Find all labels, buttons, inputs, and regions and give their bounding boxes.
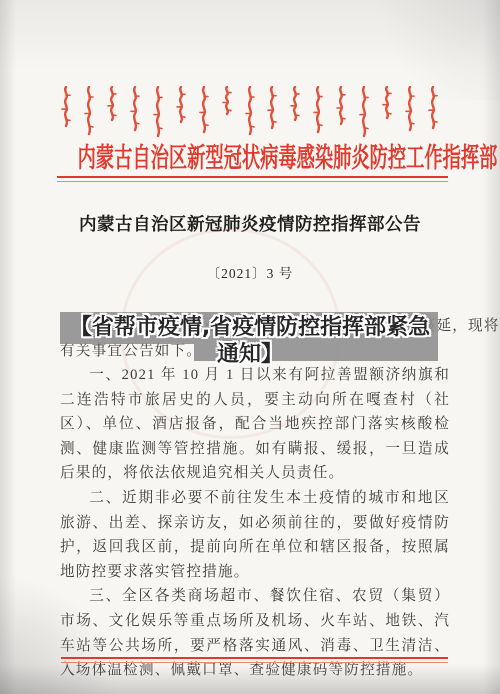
mongolian-glyph-icon [358, 86, 371, 138]
mongolian-glyph-icon [221, 86, 234, 116]
mongolian-script-row [60, 86, 440, 138]
paragraph-2: 二、近期非必要不前往发生本土疫情的城市和地区旅游、出差、探亲访友，如必须前往的，… [60, 486, 450, 584]
scanned-notice-photo: 内蒙古自治区新型冠状病毒感染肺炎防控工作指挥部 内蒙古自治区新冠肺炎疫情防控指挥… [0, 0, 500, 694]
caption-line-1: 【省帮市疫情,省疫情防控指挥部紧急 [50, 312, 450, 343]
letterhead: 内蒙古自治区新型冠状病毒感染肺炎防控工作指挥部 [0, 137, 500, 173]
mongolian-glyph-icon [427, 86, 440, 130]
scan-shadow-left [0, 0, 16, 694]
mongolian-glyph-icon [106, 86, 119, 122]
mongolian-glyph-icon [404, 86, 417, 132]
mongolian-glyph-icon [83, 86, 96, 136]
mongolian-glyph-icon [152, 86, 165, 138]
mongolian-glyph-icon [60, 86, 73, 128]
caption-line-2: 通知】 [50, 343, 450, 367]
footer-divider [61, 657, 448, 663]
paragraph-3: 三、全区各类商场超市、餐饮住宿、农贸（集贸）市场、文化娱乐等重点场所及机场、火车… [60, 584, 450, 682]
letterhead-divider [57, 176, 448, 182]
scan-shadow-right [482, 0, 500, 694]
mongolian-glyph-icon [198, 86, 211, 134]
mongolian-glyph-icon [129, 86, 142, 132]
mongolian-glyph-icon [289, 86, 302, 122]
mongolian-glyph-icon [244, 86, 257, 136]
paragraph-1: 一、2021 年 10 月 1 日以来有阿拉善盟额济纳旗和二连浩特市旅居史的人员… [60, 363, 450, 486]
mongolian-glyph-icon [312, 86, 325, 134]
mongolian-glyph-icon [335, 86, 348, 126]
letterhead-org-name: 内蒙古自治区新型冠状病毒感染肺炎防控工作指挥部 [78, 137, 498, 176]
scan-shadow-corner-top-right [360, 0, 500, 100]
overlay-caption: 【省帮市疫情,省疫情防控指挥部紧急 通知】 [50, 312, 450, 367]
mongolian-glyph-icon [381, 86, 394, 120]
mongolian-glyph-icon [266, 86, 279, 130]
scan-shadow-top [0, 0, 500, 70]
mongolian-glyph-icon [175, 86, 188, 124]
notice-body: 一、2021 年 10 月 1 日以来有阿拉善盟额济纳旗和二连浩特市旅居史的人员… [60, 363, 450, 683]
